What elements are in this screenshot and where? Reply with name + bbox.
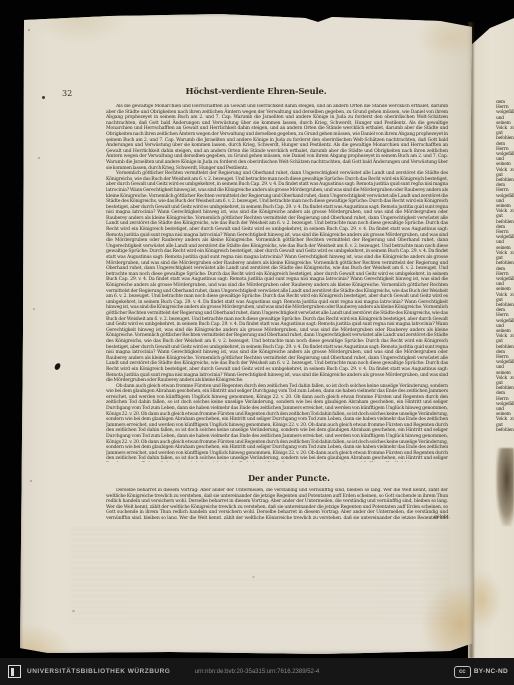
ink-blot <box>54 362 61 370</box>
license-label: BY-NC-ND <box>474 668 508 675</box>
woodcut-ornament <box>496 448 514 526</box>
foxing-speck <box>30 480 32 482</box>
facing-page-text-fragment: dem Herrn wolgefällig und seinem Volck z… <box>496 100 514 432</box>
page-number: 32 <box>62 89 72 98</box>
section-heading: Der ander Puncte. <box>189 473 389 483</box>
foxing-speck <box>38 157 40 159</box>
license-badge: cc BY-NC-ND <box>454 666 508 678</box>
foxing-speck <box>72 610 75 612</box>
cc-license-icon: cc <box>454 666 471 678</box>
cc-icon-glyph: cc <box>459 669 466 675</box>
verso-showthrough <box>70 528 450 624</box>
running-header: Höchst-verdiente Ehren-Seule. <box>156 87 356 97</box>
foxing-speck <box>42 96 45 99</box>
foxing-speck <box>252 576 255 578</box>
foxing-speck <box>28 29 30 31</box>
foxing-speck <box>33 308 35 310</box>
urn-text: urn:nbn:de:bvb:20-35a315:urn:7616.2389/5… <box>0 669 514 675</box>
scanned-page: 32 Höchst-verdiente Ehren-Seule. Als die… <box>20 12 474 656</box>
closing-text-block: Derselbe beharret in diesem Vortrag: Abe… <box>106 488 448 519</box>
foxing-speck <box>418 180 420 182</box>
body-text-block: Als die gewaltige Monarchien und Herrsch… <box>106 104 448 462</box>
book-scan-viewer: dem Herrn wolgefällig und seinem Volck z… <box>0 0 514 685</box>
viewer-footer-bar: UNIVERSITÄTSBIBLIOTHEK WÜRZBURG urn:nbn:… <box>0 658 514 685</box>
catchword: gelobt, <box>434 515 450 520</box>
